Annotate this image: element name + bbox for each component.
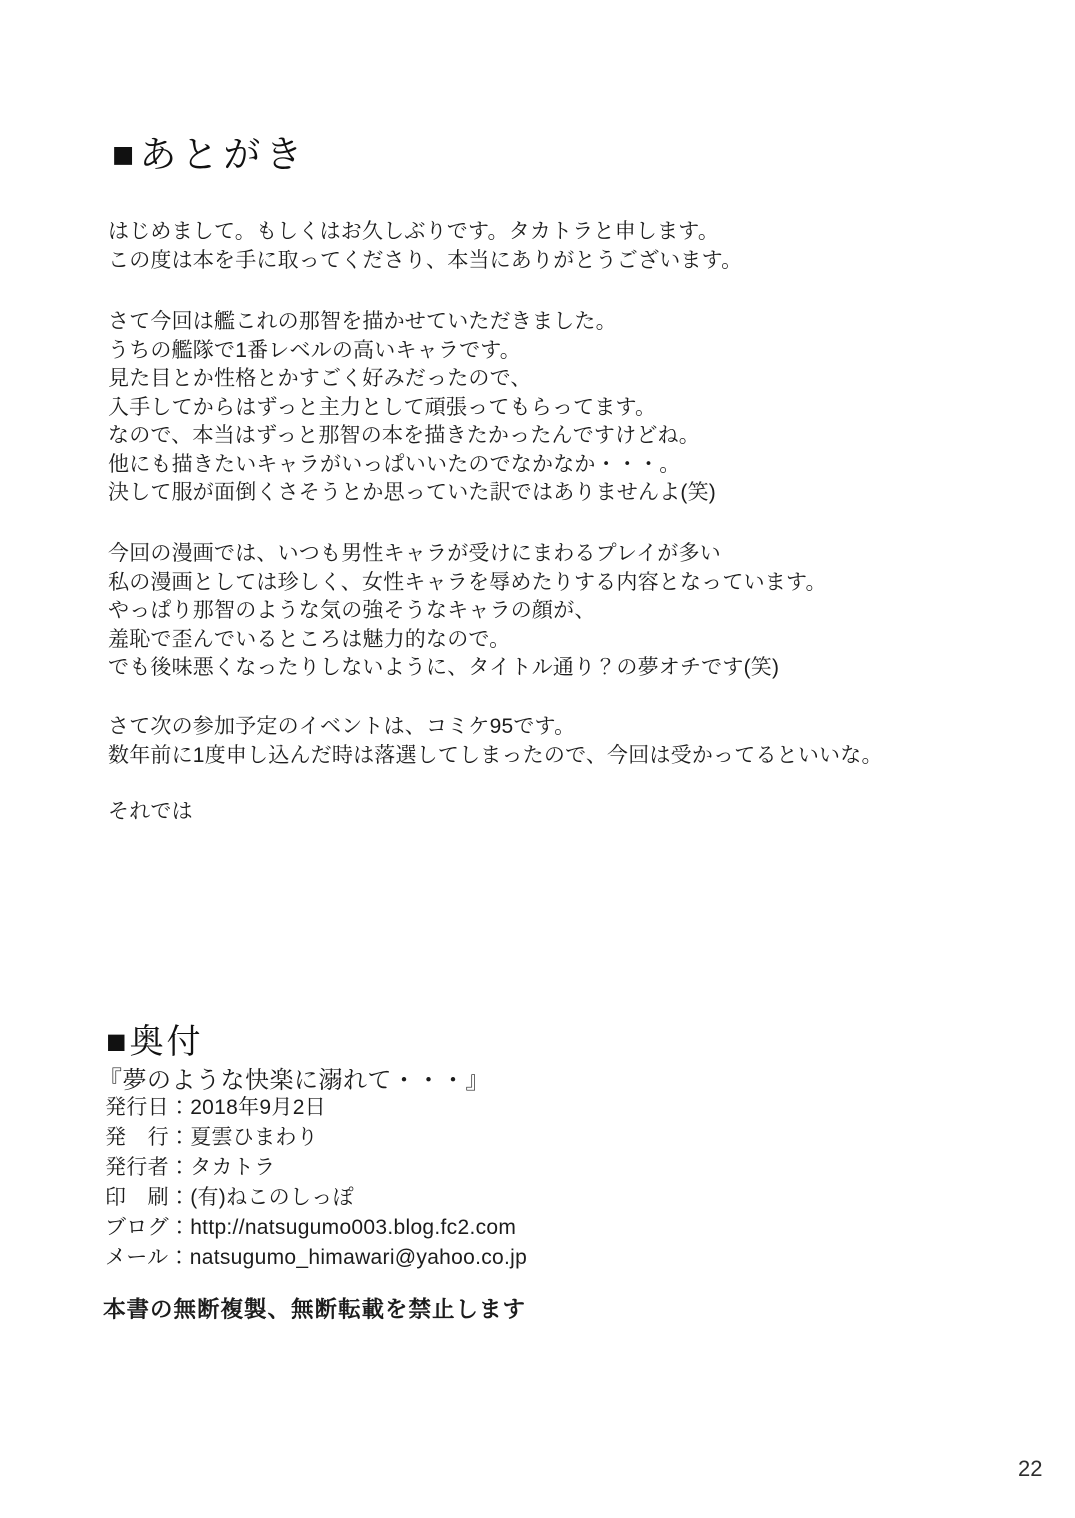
colophon-heading: ■奥付 xyxy=(106,1014,204,1063)
afterword-paragraph-3: 今回の漫画では、いつも男性キャラが受けにまわるプレイが多い私の漫画としては珍しく… xyxy=(108,540,827,683)
colophon-details: 発行日：2018年9月2日発 行：夏雲ひまわり発行者：タカトラ印 刷：(有)ねこ… xyxy=(105,1093,527,1273)
afterword-heading: ■あとがき xyxy=(112,124,307,178)
page: ■あとがき はじめまして。もしくはお久しぶりです。タカトラと申します。この度は本… xyxy=(0,0,1075,1518)
afterword-closing: それでは xyxy=(108,798,193,827)
copyright-notice: 本書の無断複製、無断転載を禁止します xyxy=(103,1292,526,1324)
page-number: 22 xyxy=(1018,1456,1042,1482)
afterword-paragraph-1: はじめまして。もしくはお久しぶりです。タカトラと申します。この度は本を手に取って… xyxy=(108,218,742,275)
book-title: 『夢のような快楽に溺れて・・・』 xyxy=(98,1060,490,1095)
afterword-paragraph-2: さて今回は艦これの那智を描かせていただきました。うちの艦隊で1番レベルの高いキャ… xyxy=(108,308,716,508)
afterword-paragraph-4: さて次の参加予定のイベントは、コミケ95です。数年前に1度申し込んだ時は落選して… xyxy=(108,713,883,770)
